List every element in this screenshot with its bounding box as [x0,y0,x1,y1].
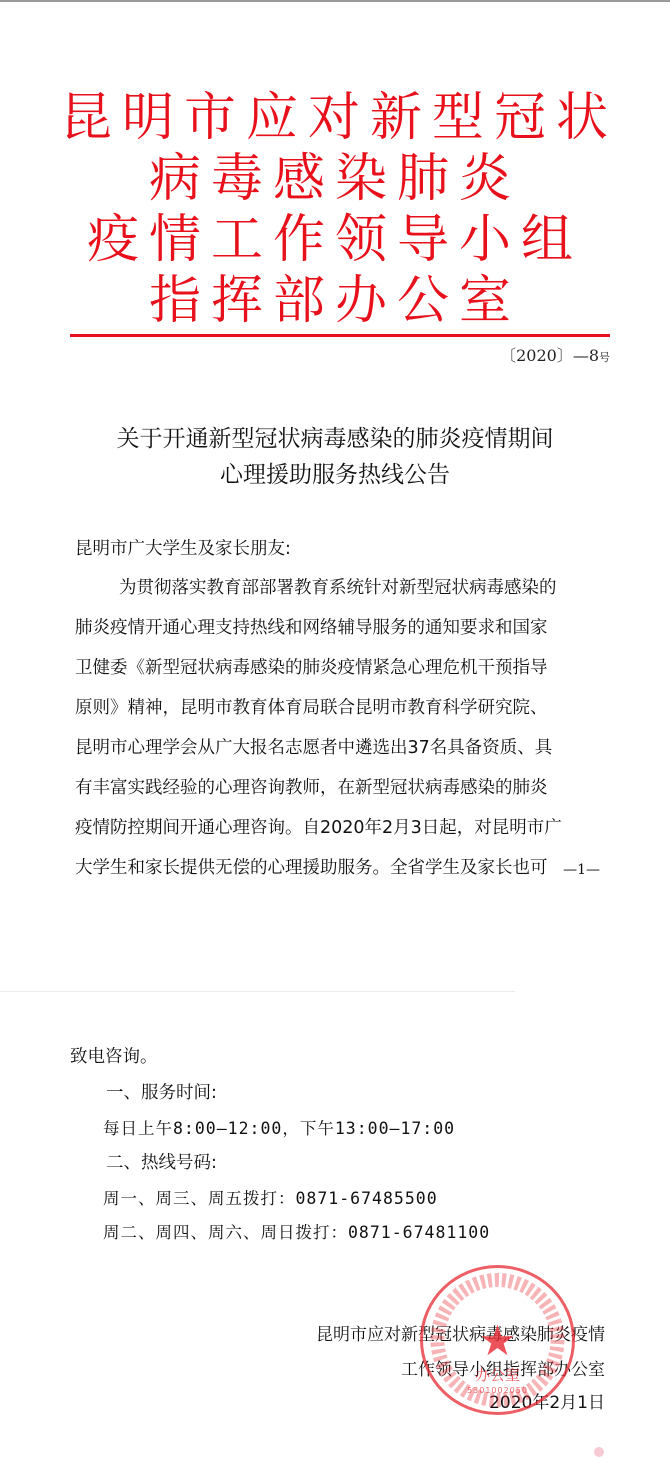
body-line: 大学生和家长提供无偿的心理援助服务。全省学生及家长也可 [75,848,595,888]
salutation: 昆明市广大学生及家长朋友: [75,535,291,560]
body-paragraph: 为贯彻落实教育部部署教育系统针对新型冠状病毒感染的 肺炎疫情开通心理支持热线和网… [75,568,595,888]
service-hours: 每日上午8:00—12:00，下午13:00—17:00 [103,1115,455,1139]
issuer-header-line-3: 疫情工作领导小组 [60,210,610,271]
hotline-number-2: 周二、周四、周六、周日拨打：0871-67481100 [103,1219,490,1243]
body-line: 肺炎疫情开通心理支持热线和网络辅导服务的通知要求和国家 [75,608,595,648]
issuer-header: 昆明市应对新型冠状 病毒感染肺炎 疫情工作领导小组 指挥部办公室 [60,88,610,332]
signature-date: 2020年2月1日 [489,1388,605,1413]
document-number-suffix: 号 [599,351,610,364]
document-title-line-2: 心理援助服务热线公告 [40,457,630,493]
hotline-number-1: 周一、周三、周五拨打：0871-67485500 [103,1185,438,1209]
document-number-value: 〔2020〕—8 [500,346,599,365]
issuer-header-line-4: 指挥部办公室 [60,271,610,332]
signature-issuer-line-2: 工作领导小组指挥部办公室 [401,1355,605,1380]
document-number: 〔2020〕—8号 [500,343,610,366]
page-number: —1— [563,862,600,878]
body-line: 有丰富实践经验的心理咨询教师，在新型冠状病毒感染的肺炎 [75,768,595,808]
body-line: 原则》精神，昆明市教育体育局联合昆明市教育科学研究院、 [75,688,595,728]
red-divider [70,334,610,337]
page-break-divider [0,991,515,992]
signature-issuer-line-1: 昆明市应对新型冠状病毒感染肺炎疫情 [316,1320,605,1345]
document-title-line-1: 关于开通新型冠状病毒感染的肺炎疫情期间 [40,421,630,457]
issuer-header-line-1: 昆明市应对新型冠状 [60,88,610,149]
continuation-text: 致电咨询。 [70,1043,158,1068]
body-line: 卫健委《新型冠状病毒感染的肺炎疫情紧急心理危机干预指导 [75,648,595,688]
body-line: 昆明市心理学会从广大报名志愿者中遴选出37名具备资质、具 [75,728,595,768]
issuer-header-line-2: 病毒感染肺炎 [60,149,610,210]
decorative-dot [594,1447,604,1457]
body-line: 疫情防控期间开通心理咨询。自2020年2月3日起，对昆明市广 [75,808,595,848]
section-heading-service-time: 一、服务时间: [106,1079,217,1104]
document-title: 关于开通新型冠状病毒感染的肺炎疫情期间 心理援助服务热线公告 [40,421,630,493]
top-border [0,0,670,2]
body-line: 为贯彻落实教育部部署教育系统针对新型冠状病毒感染的 [75,568,595,608]
section-heading-hotline: 二、热线号码: [106,1149,217,1174]
